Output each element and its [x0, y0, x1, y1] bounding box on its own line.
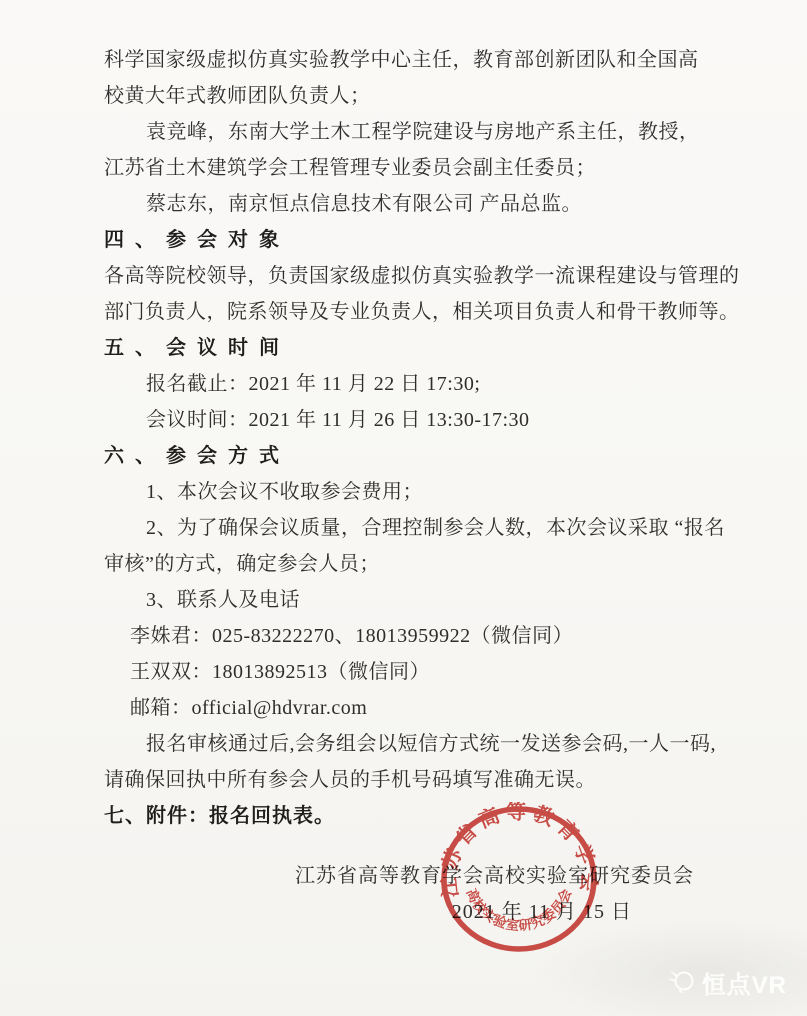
document-line: 各高等院校领导，负责国家级虚拟仿真实验教学一流课程建设与管理的 — [104, 258, 708, 294]
seal-top-text: 江苏省高等教育学会 — [437, 802, 601, 899]
document-line: 1、本次会议不收取参会费用； — [104, 474, 708, 510]
document-line: 科学国家级虚拟仿真实验教学中心主任，教育部创新团队和全国高 — [104, 42, 708, 78]
document-line: 蔡志东，南京恒点信息技术有限公司 产品总监。 — [104, 186, 708, 222]
watermark: 恒点VR — [667, 965, 787, 1000]
document-line: 会议时间：2021 年 11 月 26 日 13:30-17:30 — [104, 402, 708, 438]
section-heading: 四、参会对象 — [104, 222, 708, 258]
document-line: 部门负责人，院系领导及专业负责人，相关项目负责人和骨干教师等。 — [104, 294, 708, 330]
document-lines: 科学国家级虚拟仿真实验教学中心主任，教育部创新团队和全国高校黄大年式教师团队负责… — [104, 42, 708, 834]
document-line: 请确保回执中所有参会人员的手机号码填写准确无误。 — [104, 762, 708, 798]
section-heading: 六、参会方式 — [104, 438, 708, 474]
document-body: 科学国家级虚拟仿真实验教学中心主任，教育部创新团队和全国高校黄大年式教师团队负责… — [104, 42, 708, 930]
signature-block: 江苏省高等教育学会高校实验室研究委员会 2021 年 11 月 15 日 — [104, 858, 708, 930]
document-line: 王双双：18013892513（微信同） — [104, 654, 708, 690]
document-line: 报名审核通过后,会务组会以短信方式统一发送参会码,一人一码, — [104, 726, 708, 762]
document-line: 审核”的方式，确定参会人员； — [104, 546, 708, 582]
document-line: 李姝君：025-83222270、18013959922（微信同） — [104, 618, 708, 654]
document-page: 科学国家级虚拟仿真实验教学中心主任，教育部创新团队和全国高校黄大年式教师团队负责… — [0, 0, 807, 1016]
document-line: 3、联系人及电话 — [104, 582, 708, 618]
hengdian-vr-logo-icon — [667, 965, 697, 1000]
document-line: 邮箱：official@hdvrar.com — [104, 690, 708, 726]
document-line: 江苏省土木建筑学会工程管理专业委员会副主任委员； — [104, 150, 708, 186]
document-line: 校黄大年式教师团队负责人； — [104, 78, 708, 114]
signature-organization: 江苏省高等教育学会高校实验室研究委员会 — [104, 858, 708, 894]
watermark-label: 恒点VR — [702, 965, 787, 1000]
document-line: 报名截止：2021 年 11 月 22 日 17:30; — [104, 366, 708, 402]
section-heading: 五、会议时间 — [104, 330, 708, 366]
section-heading: 七、附件：报名回执表。 — [104, 798, 708, 834]
document-line: 2、为了确保会议质量，合理控制参会人数，本次会议采取 “报名 — [104, 510, 708, 546]
document-line: 袁竞峰，东南大学土木工程学院建设与房地产系主任，教授， — [104, 114, 708, 150]
